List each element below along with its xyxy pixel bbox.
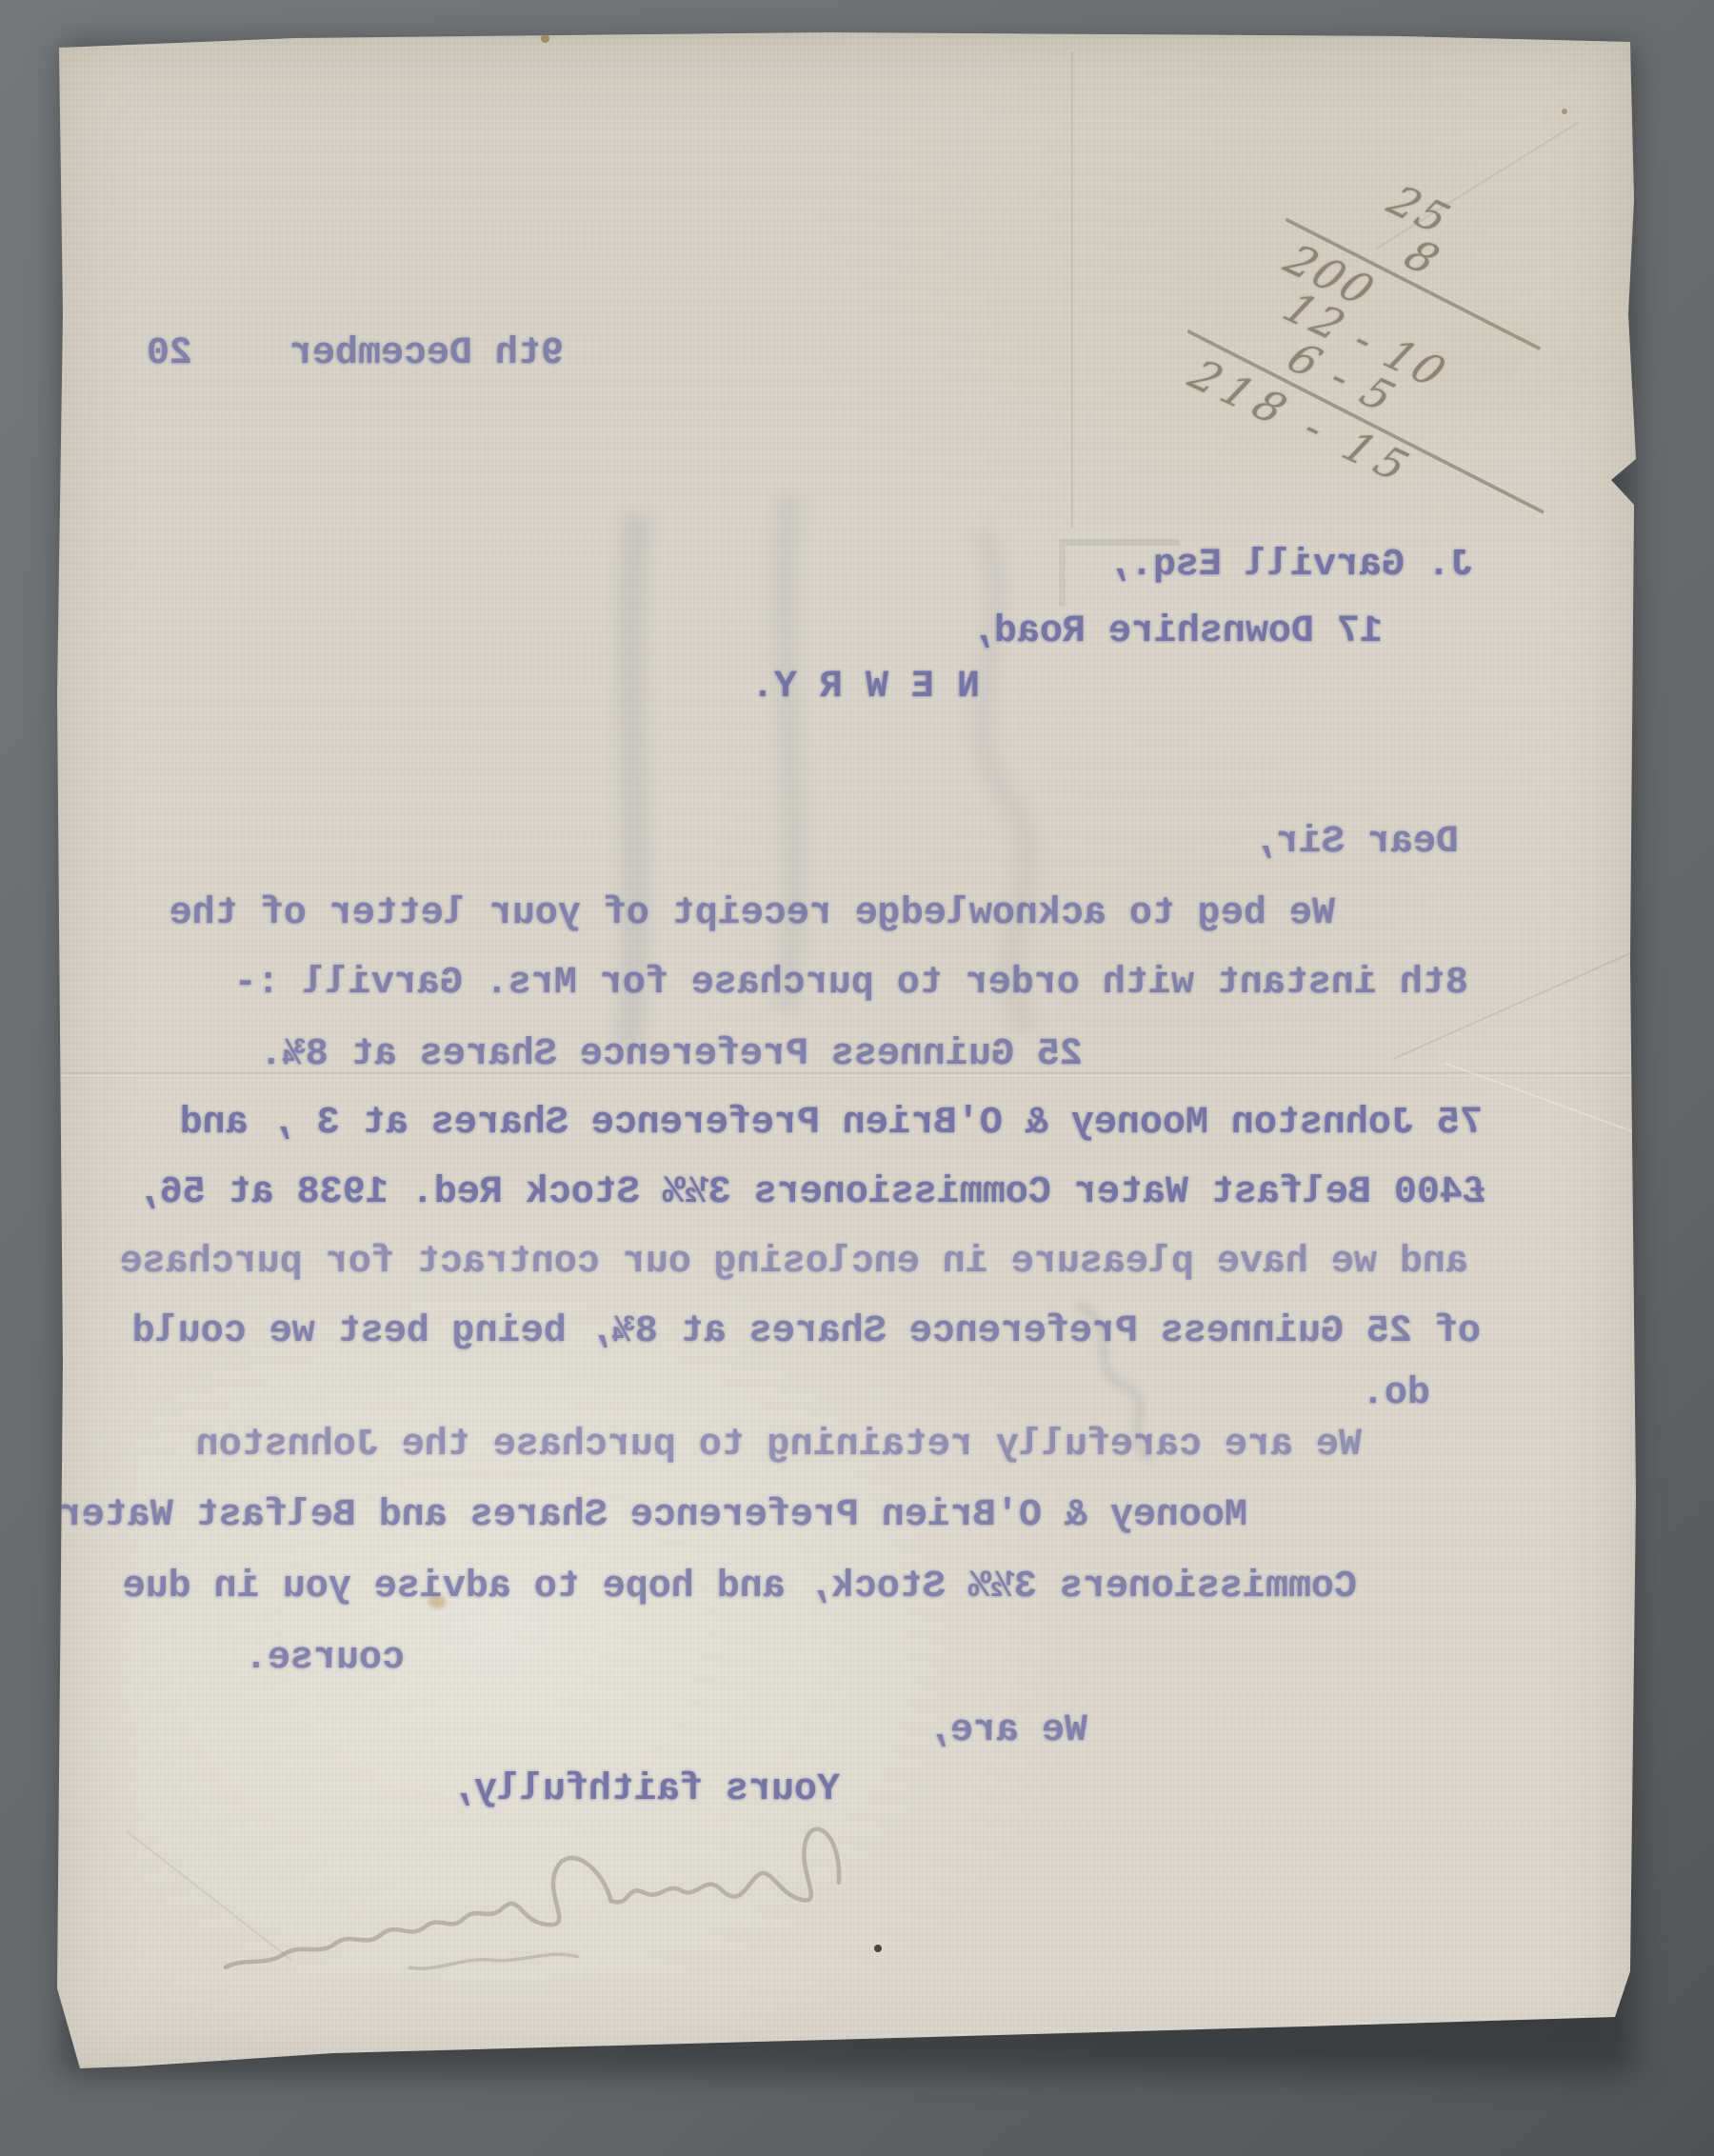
scan-backdrop: 9th December 20 J. Garvill Esq., 17 Down… bbox=[0, 0, 1714, 2156]
recipient-town: N E W R Y. bbox=[751, 667, 980, 709]
body-line-10: Mooney & O'Brien Preference Shares and B… bbox=[59, 1495, 1247, 1537]
salutation: Dear Sir, bbox=[1253, 822, 1459, 864]
body-line-12: course. bbox=[245, 1638, 405, 1680]
body-line-2: 8th instant with order to purchase for M… bbox=[234, 963, 1468, 1005]
date-line: 9th December 20 bbox=[289, 333, 564, 375]
date-year: 20 bbox=[147, 333, 192, 375]
recipient-name: J. Garvill Esq., bbox=[1107, 545, 1473, 587]
letter-paper: 9th December 20 J. Garvill Esq., 17 Down… bbox=[48, 29, 1643, 2076]
body-line-1: We beg to acknowledge receipt of your le… bbox=[169, 893, 1335, 935]
body-line-6: and we have pleasure in enclosing our co… bbox=[120, 1242, 1468, 1284]
closing-we-are: We are, bbox=[927, 1710, 1087, 1752]
body-line-5: £400 Belfast Water Commissioners 3½% Sto… bbox=[137, 1172, 1485, 1214]
body-line-4: 75 Johnston Mooney & O'Brien Preference … bbox=[180, 1103, 1483, 1145]
body-line-7: of 25 Guinness Preference Shares at 8¾, … bbox=[132, 1311, 1481, 1353]
signature bbox=[202, 1789, 865, 2029]
body-line-11: Commissioners 3½% Stock, and hope to adv… bbox=[123, 1567, 1357, 1608]
body-line-9: We are carefully retaining to purchase t… bbox=[196, 1425, 1362, 1467]
date-day-month: 9th December bbox=[289, 333, 564, 375]
body-line-8: do. bbox=[1362, 1373, 1430, 1415]
recipient-street: 17 Downshire Road, bbox=[971, 611, 1383, 653]
body-line-3: 25 Guinness Preference Shares at 8¾. bbox=[260, 1034, 1083, 1076]
